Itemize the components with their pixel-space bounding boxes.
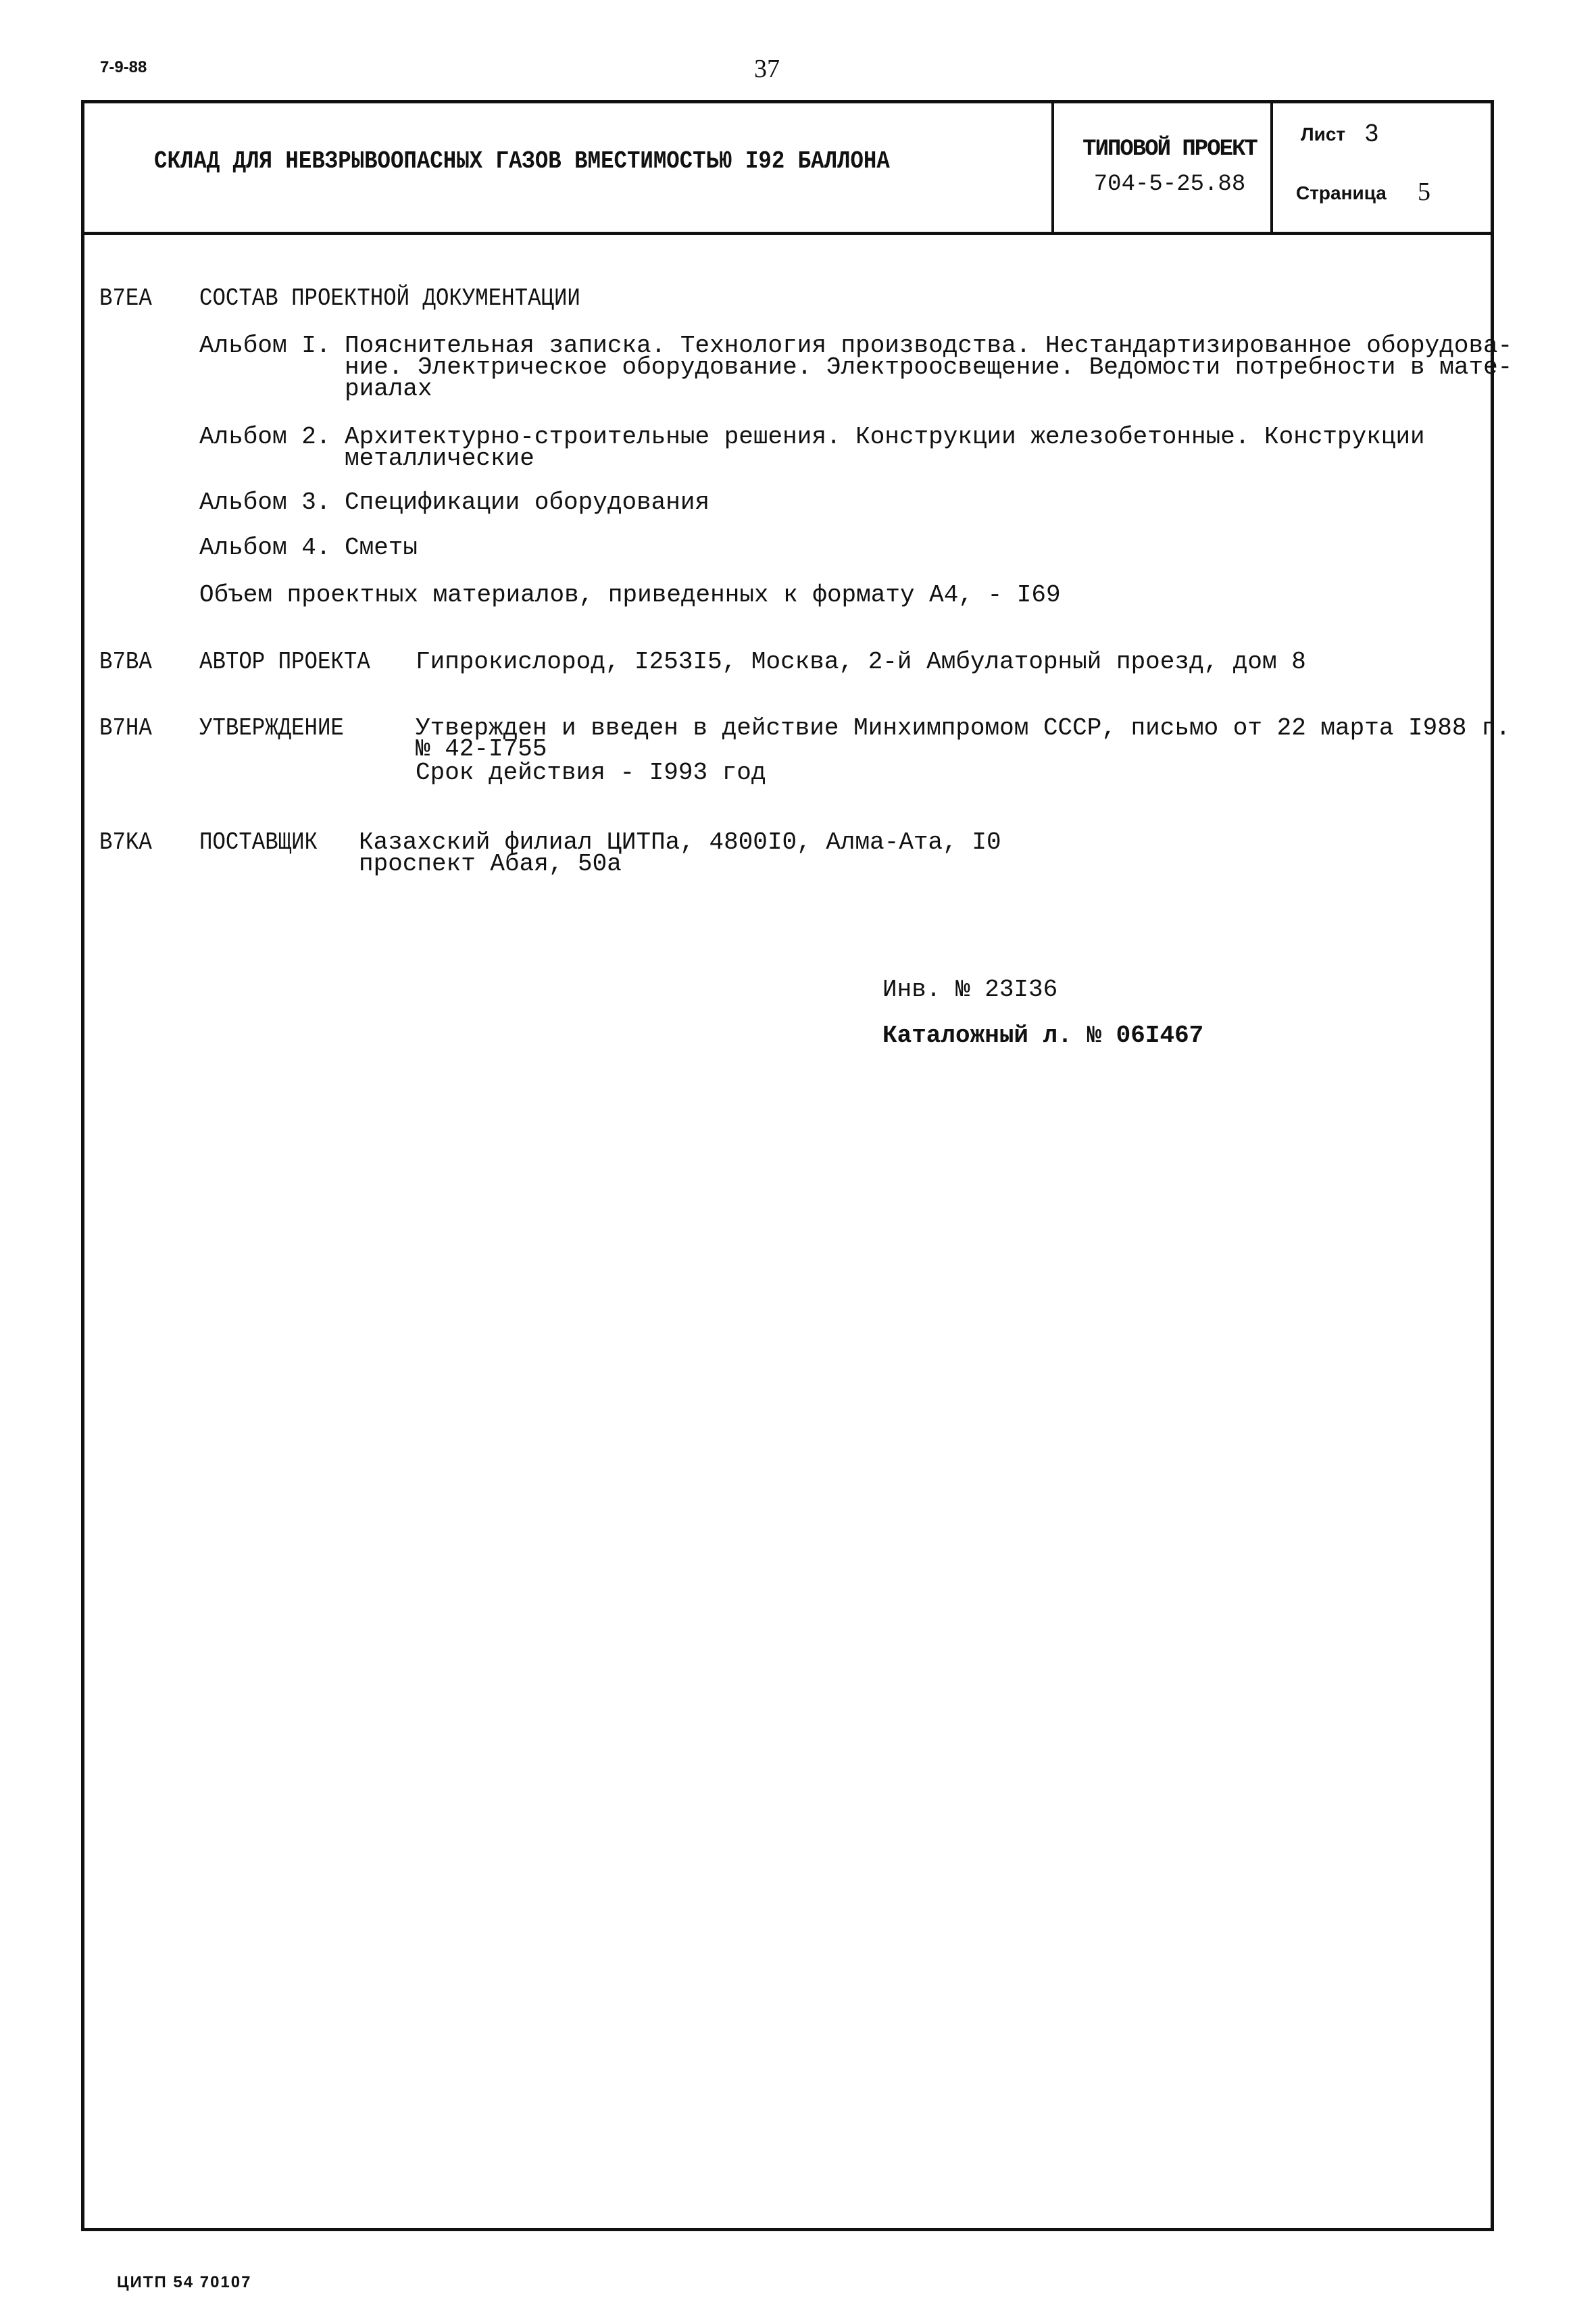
- album-line: риалах: [345, 378, 432, 401]
- album-label: Альбом 3.: [199, 491, 330, 514]
- approval-line: Утвержден и введен в действие Минхимпром…: [416, 717, 1510, 740]
- section-code: B7HA: [99, 717, 152, 740]
- approval-line: № 42-I755: [416, 738, 547, 761]
- approval-line: Срок действия - I993 год: [416, 762, 766, 785]
- sheet-label: Лист: [1301, 124, 1345, 145]
- album-line: ние. Электрическое оборудование. Электро…: [345, 356, 1512, 379]
- album-label: Альбом 4.: [199, 537, 330, 559]
- section-label: АВТОР ПРОЕКТА: [199, 651, 370, 674]
- author-value: Гипрокислород, I253I5, Москва, 2-й Амбул…: [416, 651, 1306, 674]
- project-type: ТИПОВОЙ ПРОЕКТ: [1071, 138, 1268, 161]
- page-value: 5: [1418, 177, 1430, 207]
- catalog-sheet-number: Каталожный л. № 06I467: [882, 1024, 1203, 1047]
- page-frame: [81, 100, 1494, 2231]
- project-number: 704-5-25.88: [1071, 173, 1268, 196]
- date-stamp: 7-9-88: [100, 58, 147, 77]
- section-code: B7KA: [99, 831, 152, 854]
- volume-note: Объем проектных материалов, приведенных …: [199, 584, 1061, 607]
- header-divider: [81, 232, 1494, 235]
- section-label: ПОСТАВЩИК: [199, 831, 318, 854]
- header-column-divider-1: [1051, 100, 1054, 235]
- inventory-number: Инв. № 23I36: [882, 978, 1057, 1001]
- album-label: Альбом I.: [199, 334, 330, 357]
- page-number: 37: [754, 54, 780, 84]
- footer-code: ЦИТП 54 70107: [117, 2273, 251, 2292]
- sheet-value: 3: [1365, 119, 1378, 147]
- page-label: Страница: [1296, 182, 1387, 204]
- section-code: B7BA: [99, 651, 152, 674]
- album-line: Спецификации оборудования: [345, 491, 709, 514]
- album-label: Альбом 2.: [199, 426, 330, 449]
- supplier-line: проспект Абая, 50а: [359, 853, 622, 876]
- album-line: Сметы: [345, 537, 418, 559]
- section-title: СОСТАВ ПРОЕКТНОЙ ДОКУМЕНТАЦИИ: [199, 287, 580, 310]
- album-line: металлические: [345, 447, 534, 470]
- section-code: B7EA: [99, 287, 152, 310]
- header-column-divider-2: [1270, 100, 1273, 235]
- section-label: УТВЕРЖДЕНИЕ: [199, 717, 344, 740]
- document-title: СКЛАД ДЛЯ НЕВЗРЫВООПАСНЫХ ГАЗОВ ВМЕСТИМО…: [154, 150, 890, 173]
